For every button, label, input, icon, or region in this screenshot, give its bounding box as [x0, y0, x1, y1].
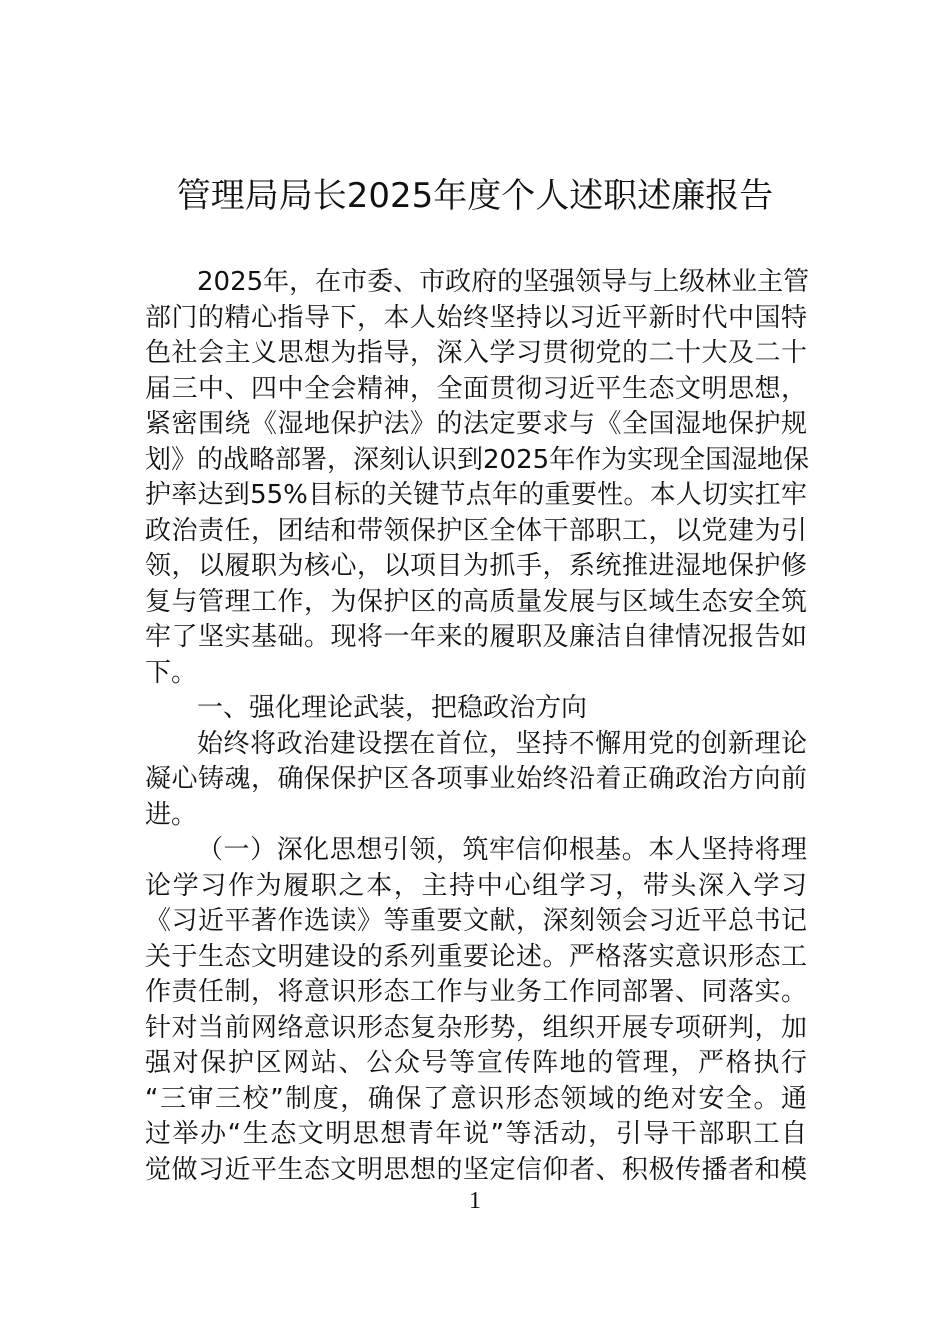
text-line: 牢了坚实基础。现将一年来的履职及廉洁自律情况报告如	[145, 620, 807, 656]
document-body: 2025年，在市委、市政府的坚强领导与上级林业主管 部门的精心指导下，本人始终坚…	[145, 265, 807, 1188]
text-line: 针对当前网络意识形态复杂形势，组织开展专项研判，加	[145, 1011, 807, 1047]
text-line: 始终将政治建设摆在首位，坚持不懈用党的创新理论	[145, 727, 807, 763]
text-line: 下。	[145, 656, 807, 692]
text-line: 凝心铸魂，确保保护区各项事业始终沿着正确政治方向前	[145, 762, 807, 798]
text-line: 关于生态文明建设的系列重要论述。严格落实意识形态工	[145, 940, 807, 976]
text-line: 色社会主义思想为指导，深入学习贯彻党的二十大及二十	[145, 336, 807, 372]
text-line: 论学习作为履职之本，主持中心组学习，带头深入学习	[145, 869, 807, 905]
page-number: 1	[0, 1188, 950, 1215]
text-line: 复与管理工作，为保护区的高质量发展与区域生态安全筑	[145, 585, 807, 621]
text-line: 紧密围绕《湿地保护法》的法定要求与《全国湿地保护规	[145, 407, 807, 443]
paragraph-subsection-1: （一）深化思想引领，筑牢信仰根基。本人坚持将理 论学习作为履职之本，主持中心组学…	[145, 833, 807, 1188]
text-line: 《习近平著作选读》等重要文献，深刻领会习近平总书记	[145, 904, 807, 940]
text-line: 划》的战略部署，深刻认识到2025年作为实现全国湿地保	[145, 443, 807, 479]
heading-line: 一、强化理论武装，把稳政治方向	[145, 691, 807, 727]
document-page: 管理局局长2025年度个人述职述廉报告 2025年，在市委、市政府的坚强领导与上…	[0, 0, 950, 1344]
text-line: 2025年，在市委、市政府的坚强领导与上级林业主管	[145, 265, 807, 301]
section-heading: 一、强化理论武装，把稳政治方向	[145, 691, 807, 727]
text-line: “三审三校”制度，确保了意识形态领域的绝对安全。通	[145, 1082, 807, 1118]
text-line: （一）深化思想引领，筑牢信仰根基。本人坚持将理	[145, 833, 807, 869]
text-line: 进。	[145, 798, 807, 834]
text-line: 作责任制，将意识形态工作与业务工作同部署、同落实。	[145, 975, 807, 1011]
paragraph-section-intro: 始终将政治建设摆在首位，坚持不懈用党的创新理论 凝心铸魂，确保保护区各项事业始终…	[145, 727, 807, 834]
text-line: 部门的精心指导下，本人始终坚持以习近平新时代中国特	[145, 301, 807, 337]
text-line: 领，以履职为核心，以项目为抓手，系统推进湿地保护修	[145, 549, 807, 585]
text-line: 强对保护区网站、公众号等宣传阵地的管理，严格执行	[145, 1046, 807, 1082]
text-line: 觉做习近平生态文明思想的坚定信仰者、积极传播者和模	[145, 1153, 807, 1189]
text-line: 届三中、四中全会精神，全面贯彻习近平生态文明思想，	[145, 372, 807, 408]
text-line: 护率达到55%目标的关键节点年的重要性。本人切实扛牢	[145, 478, 807, 514]
document-title: 管理局局长2025年度个人述职述廉报告	[0, 172, 950, 220]
text-line: 政治责任，团结和带领保护区全体干部职工，以党建为引	[145, 514, 807, 550]
text-line: 过举办“生态文明思想青年说”等活动，引导干部职工自	[145, 1117, 807, 1153]
paragraph-intro: 2025年，在市委、市政府的坚强领导与上级林业主管 部门的精心指导下，本人始终坚…	[145, 265, 807, 691]
